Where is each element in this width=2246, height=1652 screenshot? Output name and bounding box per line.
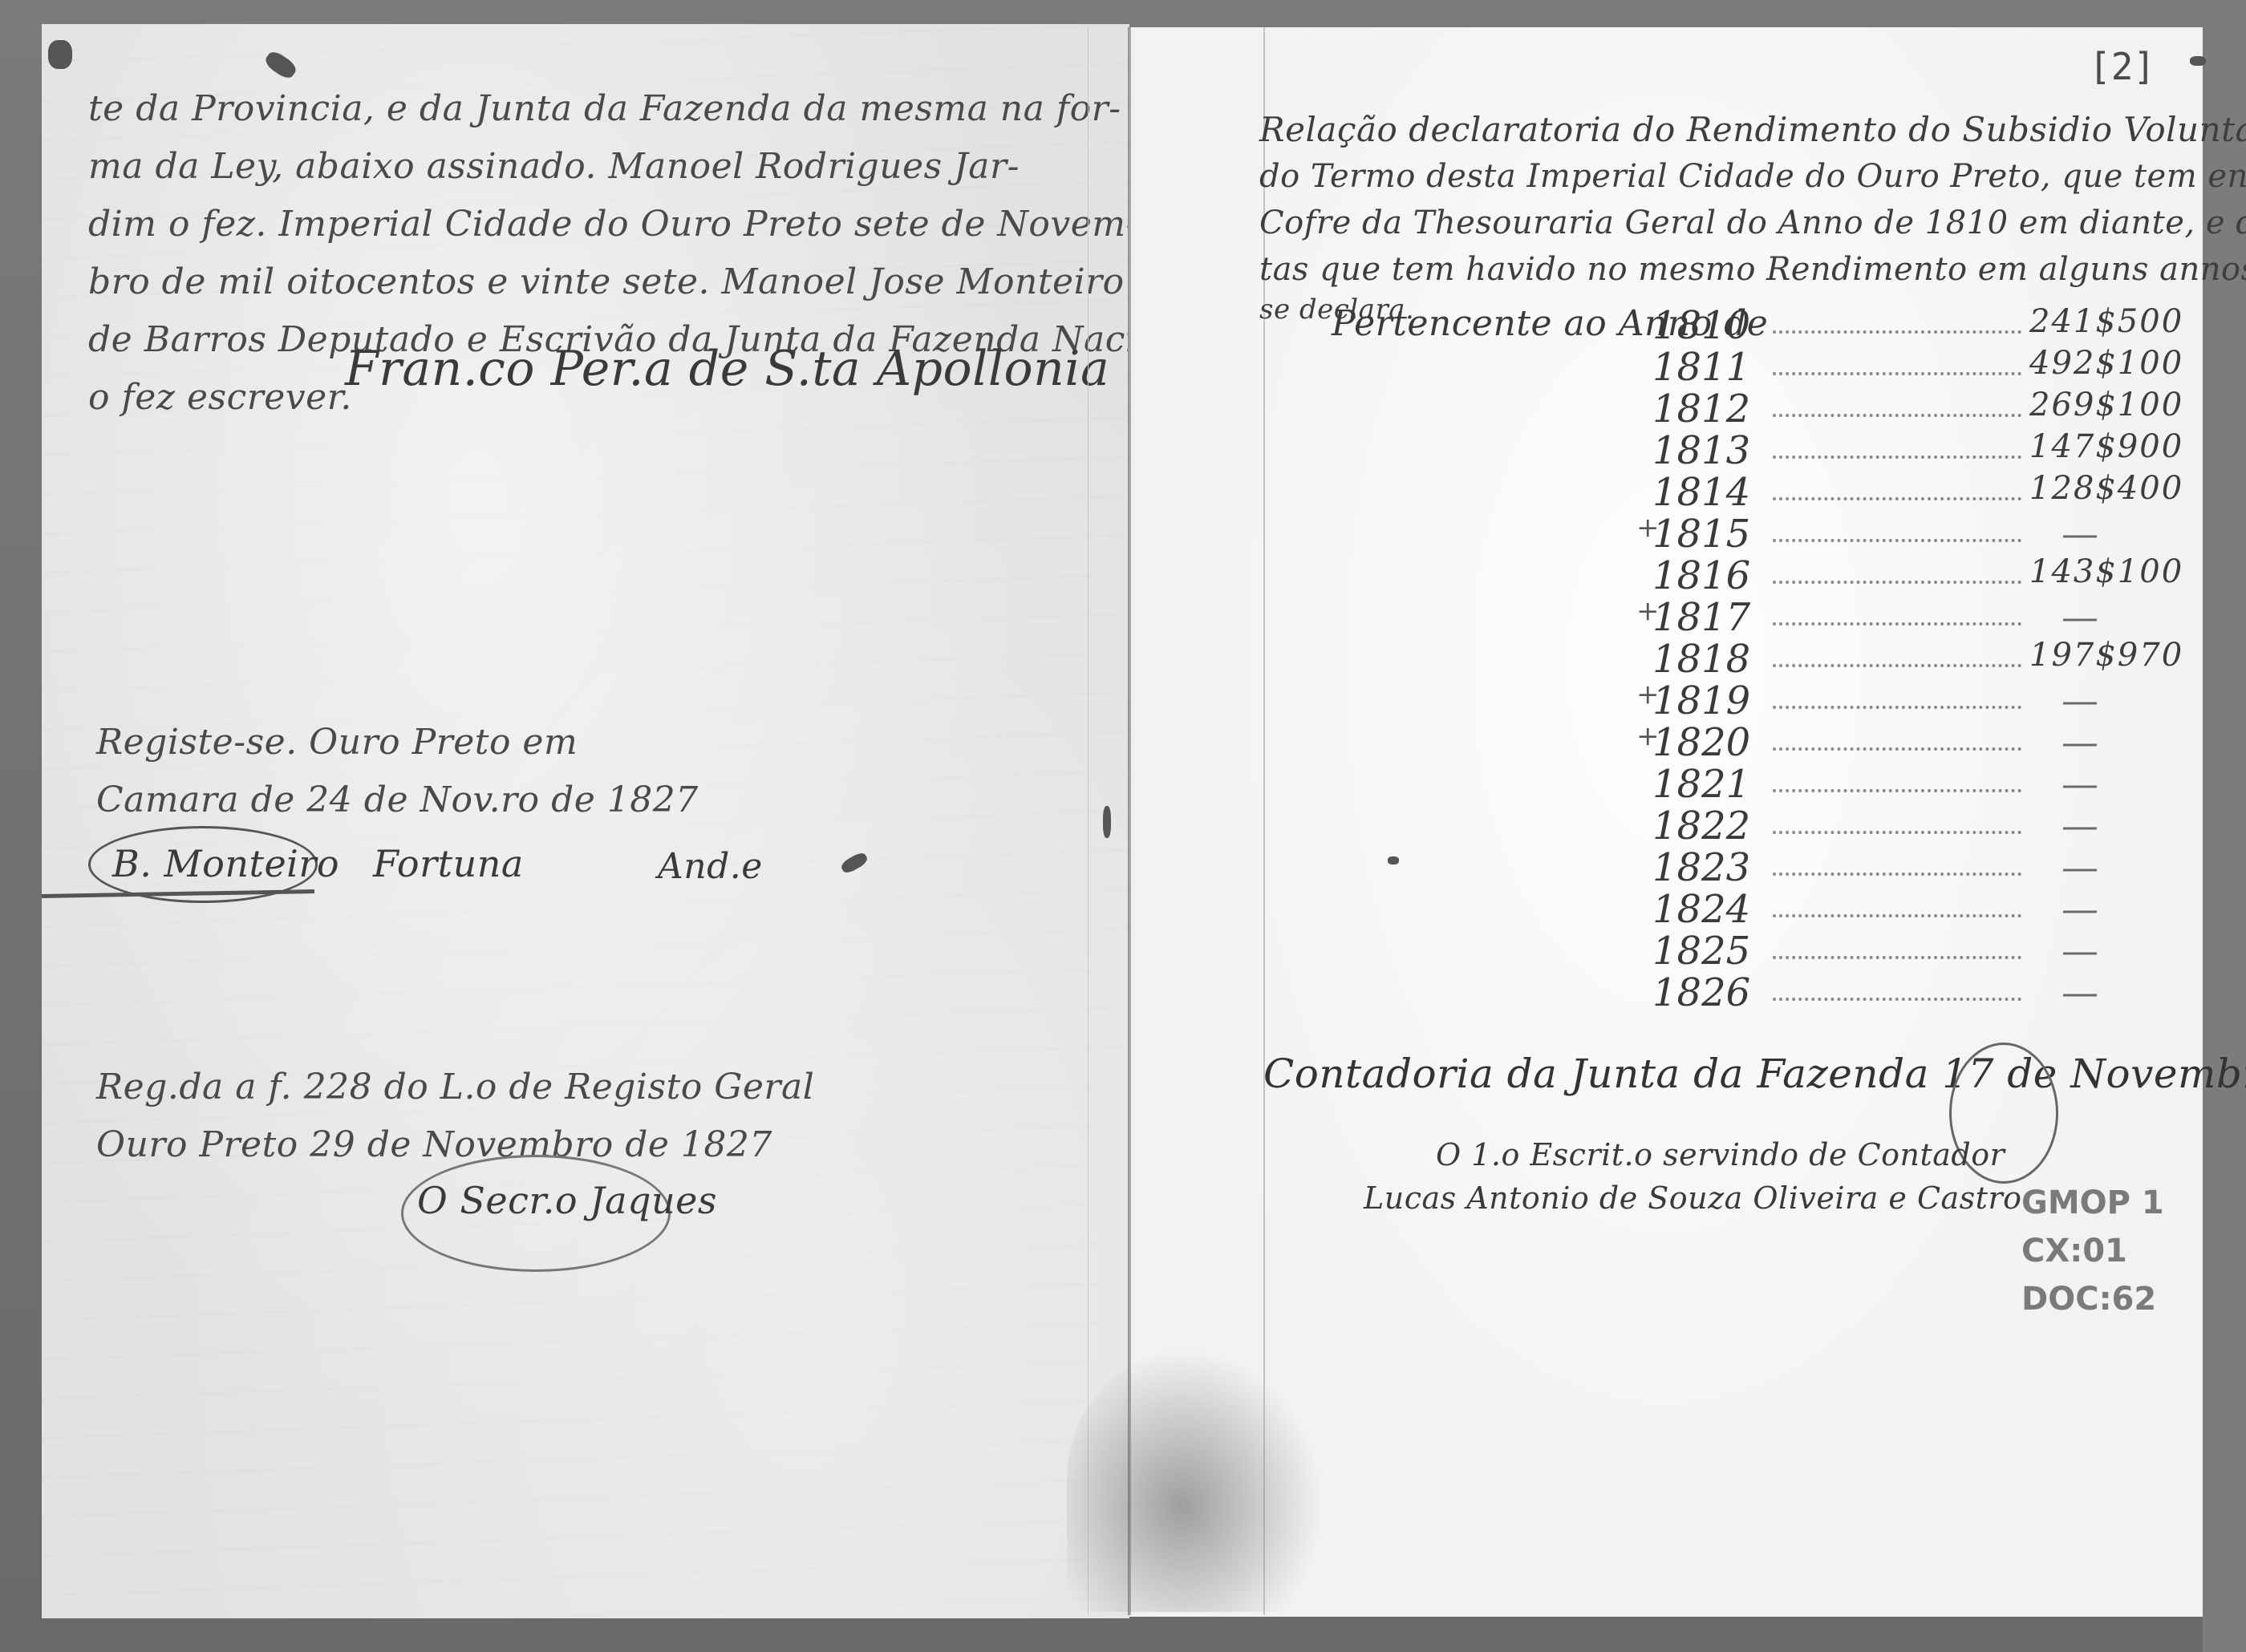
ledger-leader <box>1773 998 2021 1001</box>
ledger-year: 1810 <box>1652 303 1750 348</box>
ledger-year: 1815 <box>1652 512 1750 557</box>
signature-jaques: O Secr.o Jaques <box>417 1179 717 1222</box>
ledger-row: 1822 — <box>0 804 2246 852</box>
ledger-amount-nil: — <box>2062 804 2098 847</box>
ledger-year: 1811 <box>1652 345 1750 390</box>
ledger-amount: 269$100 <box>2029 387 2183 423</box>
ledger-amount: 197$970 <box>2029 637 2183 674</box>
left-body-line: te da Provincia, e da Junta da Fazenda d… <box>88 80 1121 138</box>
ledger-year: 1814 <box>1652 470 1750 515</box>
ledger-amount: 147$900 <box>2029 428 2183 465</box>
ledger-year: 1813 <box>1652 428 1750 473</box>
ledger-row: 1824 — <box>0 887 2246 935</box>
left-body-line: ma da Ley, abaixo assinado. Manoel Rodri… <box>88 138 1020 196</box>
ledger-row: + 1820 — <box>0 720 2246 768</box>
ledger-row: 1818 197$970 <box>0 637 2246 685</box>
ledger-leader <box>1773 497 2021 500</box>
ink-blot <box>2190 56 2206 66</box>
ledger-leader <box>1773 747 2021 751</box>
ledger-year: 1820 <box>1652 720 1750 765</box>
ledger-row: 1826 — <box>0 970 2246 1018</box>
ledger-amount-nil: — <box>2062 595 2098 638</box>
ledger-year: 1818 <box>1652 637 1750 682</box>
ledger-row: 1823 — <box>0 845 2246 893</box>
registry-line: Ouro Preto 29 de Novembro de 1827 <box>96 1116 772 1174</box>
ledger-amount-nil: — <box>2062 929 2098 972</box>
ledger-leader <box>1773 706 2021 709</box>
ledger-year: 1824 <box>1652 887 1750 932</box>
ledger-amount-nil: — <box>2062 678 2098 722</box>
ledger-leader <box>1773 914 2021 917</box>
ledger-amount-nil: — <box>2062 845 2098 889</box>
ledger-amount-nil: — <box>2062 512 2098 555</box>
ledger-year: 1822 <box>1652 804 1750 848</box>
corner-ink-mark <box>48 40 72 69</box>
archive-reference-stamp: GMOP 1 CX:01 DOC:62 <box>2021 1179 2164 1323</box>
ledger-row: 1813 147$900 <box>0 428 2246 476</box>
ledger-leader <box>1773 831 2021 834</box>
ledger-year: 1821 <box>1652 762 1750 807</box>
ledger-year: 1825 <box>1652 929 1750 974</box>
ledger-leader <box>1773 581 2021 584</box>
ledger-amount-nil: — <box>2062 887 2098 930</box>
ledger-row: 1814 128$400 <box>0 470 2246 518</box>
ledger-leader <box>1773 789 2021 792</box>
ledger-year: 1819 <box>1652 678 1750 723</box>
archive-box: CX:01 <box>2021 1227 2164 1275</box>
ledger-amount: 492$100 <box>2029 345 2183 382</box>
ledger-amount-nil: — <box>2062 970 2098 1014</box>
registry-line: Reg.da a f. 228 do L.o de Registo Geral <box>96 1059 814 1116</box>
ledger-leader <box>1773 873 2021 876</box>
ledger-row: 1810 241$500 <box>0 303 2246 351</box>
ledger-amount: 143$100 <box>2029 553 2183 590</box>
ledger-row: 1812 269$100 <box>0 387 2246 435</box>
signer-title: O 1.o Escrit.o servindo de Contador <box>1436 1137 2005 1172</box>
ledger-row: + 1817 — <box>0 595 2246 643</box>
ledger-amount: 128$400 <box>2029 470 2183 507</box>
ledger-leader <box>1773 539 2021 542</box>
archive-fund: GMOP 1 <box>2021 1179 2164 1227</box>
ledger-leader <box>1773 622 2021 626</box>
ledger-amount-nil: — <box>2062 720 2098 763</box>
left-body-line: dim o fez. Imperial Cidade do Ouro Preto… <box>88 196 1138 253</box>
ledger-row: 1825 — <box>0 929 2246 977</box>
ledger-row: 1811 492$100 <box>0 345 2246 393</box>
ledger-leader <box>1773 372 2021 375</box>
ledger-year: 1817 <box>1652 595 1750 640</box>
ledger-row: + 1815 — <box>0 512 2246 560</box>
ledger-leader <box>1773 414 2021 417</box>
ledger-year: 1816 <box>1652 553 1750 598</box>
ledger-row: + 1819 — <box>0 678 2246 727</box>
ledger-year: 1823 <box>1652 845 1750 890</box>
signer-name: Lucas Antonio de Souza Oliveira e Castro <box>1364 1180 2022 1216</box>
ledger-amount: 241$500 <box>2029 303 2183 340</box>
ledger-leader <box>1773 956 2021 959</box>
ledger-year: 1826 <box>1652 970 1750 1015</box>
ledger-row: 1816 143$100 <box>0 553 2246 601</box>
ledger-leader <box>1773 330 2021 334</box>
folio-number: [2] <box>2089 45 2155 88</box>
ledger-leader <box>1773 664 2021 667</box>
water-stain <box>1067 1347 1324 1612</box>
ledger-row: 1821 — <box>0 762 2246 810</box>
ledger-amount-nil: — <box>2062 762 2098 805</box>
ledger-year: 1812 <box>1652 387 1750 431</box>
closing-line: Contadoria da Junta da Fazenda 17 de Nov… <box>1263 1051 2246 1097</box>
archive-doc: DOC:62 <box>2021 1275 2164 1323</box>
ledger-leader <box>1773 456 2021 459</box>
